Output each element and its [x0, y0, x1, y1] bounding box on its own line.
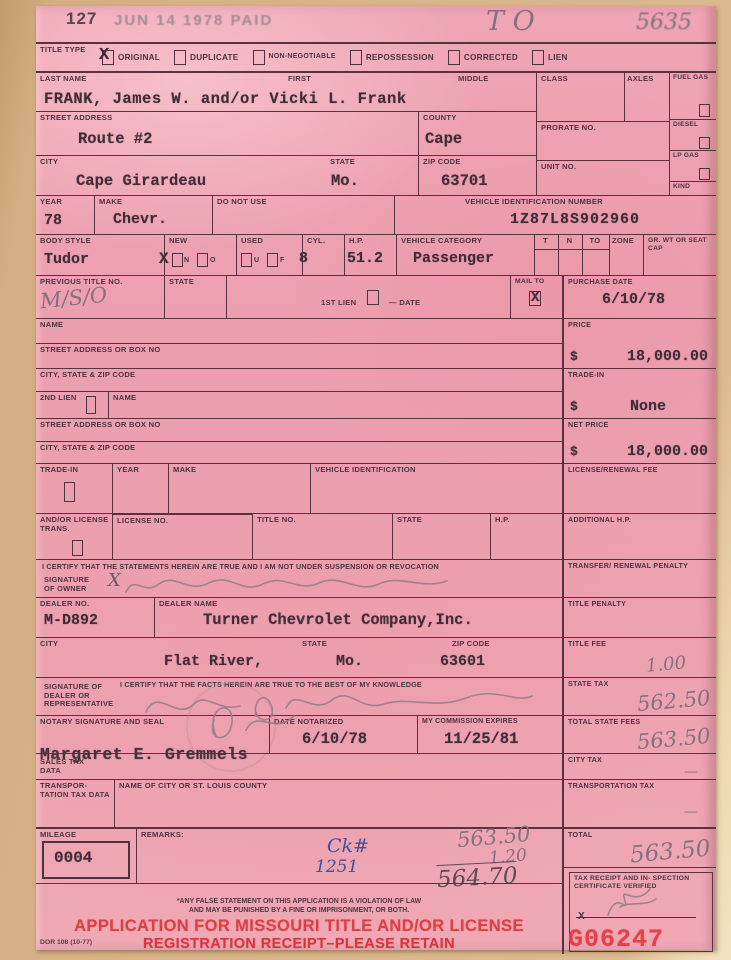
non-negotiable-checkbox	[253, 50, 265, 65]
lien1-street-row: STREET ADDRESS OR BOX NO	[36, 343, 562, 368]
dealer-zip-value: 63601	[440, 653, 485, 670]
name-row: LAST NAME FIRST MIDDLE FRANK, James W. a…	[36, 73, 536, 111]
warning-line2: AND MAY BE PUNISHED BY A FINE OR IMPRISO…	[36, 907, 562, 916]
owner-certification-row: I CERTIFY THAT THE STATEMENTS HEREIN ARE…	[36, 559, 562, 597]
city-cell: CITY STATE Cape Girardeau Mo.	[36, 156, 418, 195]
year-label: YEAR	[36, 196, 94, 207]
dealer-name-label: DEALER NAME	[155, 598, 562, 609]
stamp-number: 127	[66, 9, 97, 29]
t-label: T	[535, 235, 558, 246]
lien2-street-label: STREET ADDRESS OR BOX NO	[36, 419, 562, 430]
vin-cell: VEHICLE IDENTIFICATION NUMBER 1Z87L8S902…	[394, 196, 716, 234]
used-label: USED	[237, 235, 302, 246]
first-lien-checkbox	[367, 290, 379, 305]
county-cell: COUNTY Cape	[418, 112, 536, 155]
vehicle-row: YEAR 78 MAKE Chevr. DO NOT USE VEHICLE I…	[36, 195, 716, 234]
warning-line1: *ANY FALSE STATEMENT ON THIS APPLICATION…	[36, 898, 562, 907]
lien1-city-row: CITY, STATE & ZIP CODE	[36, 368, 562, 391]
zip-value: 63701	[441, 172, 488, 190]
new-cell: NEW X N O	[164, 235, 236, 275]
dealer-name-cell: DEALER NAME Turner Chevrolet Company,Inc…	[154, 598, 562, 637]
paid-date-stamp: JUN 14 1978 PAID	[114, 12, 273, 29]
trade-in-vehicle-row: TRADE-IN YEAR MAKE VEHICLE IDENTIFICATIO…	[36, 463, 562, 513]
kind-cell: KIND	[670, 182, 716, 195]
fuel-gas-checkbox	[699, 104, 710, 117]
new-check-mark: X	[159, 250, 169, 268]
dealer-state-label: STATE	[298, 638, 329, 649]
lower-left-column: PREVIOUS TITLE NO. M/S/O STATE 1ST LIEN …	[36, 276, 562, 954]
trade-in-value: None	[630, 398, 666, 415]
previous-title-row: PREVIOUS TITLE NO. M/S/O STATE 1ST LIEN …	[36, 276, 562, 318]
diesel-cell: DIESEL	[670, 120, 716, 151]
county-value: Cape	[425, 130, 462, 148]
license-trans-label: AND/OR LICENSE TRANS.	[36, 514, 112, 534]
remarks-cell: REMARKS: Ck# 1251 563.50 1.20 564.70	[136, 829, 562, 883]
hp-cell: H.P. 51.2	[344, 235, 396, 275]
gr-wt-cell: GR. WT OR SEAT CAP	[643, 235, 716, 275]
owner-signature	[121, 572, 451, 598]
verified-initials-scribble	[600, 881, 670, 921]
title-fee-label: TITLE FEE	[564, 638, 716, 648]
transfer-penalty-cell: TRANSFER/ RENEWAL PENALTY	[564, 559, 716, 597]
city-tax-value: —	[684, 764, 698, 780]
license-fee-cell: LICENSE/RENEWAL FEE	[564, 463, 716, 513]
license-trans-checkbox	[72, 540, 83, 556]
corrected-checkbox	[448, 50, 460, 65]
owner-block: LAST NAME FIRST MIDDLE FRANK, James W. a…	[36, 71, 716, 195]
dealer-no-cell: DEALER NO. M-D892	[36, 598, 154, 637]
lp-gas-checkbox	[699, 168, 710, 180]
used-letter-u: U	[254, 257, 259, 265]
duplicate-label: DUPLICATE	[186, 53, 239, 63]
street-label: STREET ADDRESS	[36, 112, 418, 123]
class-cell: CLASS	[537, 73, 624, 121]
category-label: VEHICLE CATEGORY	[397, 235, 534, 246]
year-cell: YEAR 78	[36, 196, 94, 234]
new-letter-o: O	[210, 257, 216, 265]
new-checkbox-1	[172, 253, 183, 267]
used-cell: USED U F	[236, 235, 302, 275]
owner-signature-label: SIGNATURE OF OWNER	[40, 574, 102, 593]
mileage-cell: MILEAGE 0004	[36, 829, 136, 883]
city-label: CITY	[36, 156, 418, 167]
lien1-name-row: NAME	[36, 318, 562, 343]
street-value: Route #2	[78, 130, 152, 148]
notary-name-stamp: Margaret E. Gremmels	[40, 745, 248, 764]
purchase-date-value: 6/10/78	[602, 291, 665, 308]
purchase-date-cell: PURCHASE DATE 6/10/78	[564, 276, 716, 318]
last-name-label: LAST NAME	[36, 73, 89, 84]
total-state-fees-cell: TOTAL STATE FEES 563.50	[564, 715, 716, 753]
axles-cell: AXLES	[624, 73, 669, 121]
city-value: Cape Girardeau	[76, 172, 206, 190]
diesel-label: DIESEL	[670, 120, 716, 129]
vin-value: 1Z87L8S902960	[510, 211, 640, 228]
lien-checkbox	[532, 50, 544, 65]
license-trans-head-cell: AND/OR LICENSE TRANS.	[36, 514, 112, 559]
lien2-label: 2ND LIEN	[36, 392, 108, 403]
previous-title-cell: PREVIOUS TITLE NO. M/S/O	[36, 276, 164, 318]
used-checkbox-2	[267, 253, 278, 267]
option-repossession: REPOSSESSION	[350, 50, 434, 65]
new-letter-n: N	[184, 257, 189, 265]
zone-label: ZONE	[610, 235, 643, 246]
title-fee-cell: TITLE FEE 1.00	[564, 637, 716, 677]
stamp-strip: 127 JUN 14 1978 PAID T O 5635	[36, 6, 716, 42]
license-fee-label: LICENSE/RENEWAL FEE	[564, 464, 716, 474]
used-letter-f: F	[280, 257, 285, 265]
title-type-options: X ORIGINAL DUPLICATE NON-NEGOTIABLE REPO…	[88, 44, 716, 71]
make-label: MAKE	[95, 196, 212, 207]
title-penalty-label: TITLE PENALTY	[564, 598, 716, 608]
cyl-value: 8	[299, 250, 308, 267]
hp-value: 51.2	[347, 250, 383, 267]
t-cell: T	[534, 235, 558, 275]
dealer-no-label: DEALER NO.	[36, 598, 154, 609]
lt-hp-cell: H.P.	[490, 514, 562, 559]
prev-state-label: STATE	[165, 276, 226, 287]
lien2-city-row: CITY, STATE & ZIP CODE	[36, 441, 562, 463]
transportation-tax-label: TRANSPORTATION TAX	[564, 780, 716, 790]
option-original: X ORIGINAL	[102, 50, 160, 65]
state-tax-value: 562.50	[636, 686, 711, 716]
corrected-label: CORRECTED	[460, 53, 518, 63]
prorate-cell: PRORATE NO.	[537, 122, 669, 161]
kind-label: KIND	[670, 182, 716, 191]
street-cell: STREET ADDRESS Route #2	[36, 112, 418, 155]
n-cell: N	[558, 235, 582, 275]
option-lien: LIEN	[532, 50, 568, 65]
vin-label: VEHICLE IDENTIFICATION NUMBER	[395, 196, 716, 207]
unit-cell: UNIT NO.	[537, 161, 669, 195]
serial-number: G06247	[568, 925, 664, 954]
first-name-label: FIRST	[284, 73, 313, 84]
transportation-city-label: NAME OF CITY OR ST. LOUIS COUNTY	[115, 780, 562, 791]
cyl-label: CYL.	[303, 235, 344, 246]
dealer-signature-label: SIGNATURE OF DEALER OR REPRESENTATIVE	[40, 681, 136, 709]
additional-hp-cell: ADDITIONAL H.P.	[564, 513, 716, 559]
tax-receipt-cell: TAX RECEIPT AND IN- SPECTION CERTIFICATE…	[564, 867, 716, 954]
lien2-checkbox	[86, 396, 96, 414]
prev-state-cell: STATE	[164, 276, 226, 318]
lien-label: LIEN	[544, 53, 568, 63]
title-fee-value: 1.00	[645, 652, 687, 676]
lp-gas-cell: LP GAS	[670, 151, 716, 182]
original-label: ORIGINAL	[114, 53, 160, 63]
transportation-city-cell: NAME OF CITY OR ST. LOUIS COUNTY	[114, 780, 562, 827]
first-lien-label: 1ST LIEN	[317, 297, 358, 308]
dealer-city-value: Flat River,	[164, 653, 263, 670]
dealer-city-cell: CITY STATE Flat River, Mo. ZIP CODE 6360…	[36, 638, 562, 677]
title-no-cell: TITLE NO.	[252, 514, 392, 559]
trade-in-label: TRADE-IN	[36, 464, 112, 475]
total-cell: TOTAL 563.50	[564, 827, 716, 867]
mileage-value: 0004	[54, 849, 92, 867]
trade-in-fee-cell: TRADE-IN $ None	[564, 368, 716, 418]
price-currency: $	[570, 349, 578, 364]
dealer-state-value: Mo.	[336, 653, 363, 670]
remarks-check-label: Ck#	[327, 835, 369, 857]
title-penalty-cell: TITLE PENALTY	[564, 597, 716, 637]
option-corrected: CORRECTED	[448, 50, 518, 65]
trade-in-checkbox	[64, 482, 75, 502]
fuel-column: FUEL GAS DIESEL LP GAS KIND	[669, 73, 716, 195]
mail-to-mark: X	[531, 290, 539, 306]
trade-in-head-cell: TRADE-IN	[36, 464, 112, 513]
non-negotiable-label: NON-NEGOTIABLE	[265, 53, 336, 61]
diesel-checkbox	[699, 137, 710, 149]
city-tax-label: CITY TAX	[564, 754, 716, 764]
lien2-row: 2ND LIEN NAME	[36, 391, 562, 418]
mileage-label: MILEAGE	[36, 829, 136, 840]
trade-vid-cell: VEHICLE IDENTIFICATION	[310, 464, 562, 513]
make-value: Chevr.	[113, 211, 167, 228]
total-value: 563.50	[629, 836, 711, 869]
additional-hp-label: ADDITIONAL H.P.	[564, 514, 716, 524]
owner-left: LAST NAME FIRST MIDDLE FRANK, James W. a…	[36, 73, 536, 195]
trade-make-cell: MAKE	[168, 464, 310, 513]
do-not-use-cell: DO NOT USE	[212, 196, 394, 234]
transportation-tax-value: —	[684, 804, 698, 820]
original-check-mark: X	[99, 46, 109, 65]
year-value: 78	[44, 212, 62, 229]
state-tax-cell: STATE TAX 562.50	[564, 677, 716, 715]
category-value: Passenger	[413, 250, 494, 267]
first-lien-cell: 1ST LIEN — DATE	[226, 276, 510, 318]
net-price-value: 18,000.00	[627, 443, 708, 460]
pencil-note-to: T O	[486, 6, 535, 37]
unit-label: UNIT NO.	[537, 161, 669, 172]
new-label: NEW	[165, 235, 236, 246]
fuel-gas-cell: FUEL GAS	[670, 73, 716, 120]
lien2-street-row: STREET ADDRESS OR BOX NO	[36, 418, 562, 441]
do-not-use-label: DO NOT USE	[213, 196, 394, 207]
option-non-negotiable: NON-NEGOTIABLE	[253, 50, 336, 65]
transportation-label: TRANSPOR- TATION TAX DATA	[36, 780, 114, 800]
date-notarized-value: 6/10/78	[302, 730, 367, 748]
state-value: Mo.	[331, 172, 359, 190]
to-cell: TO	[582, 235, 609, 275]
footer: *ANY FALSE STATEMENT ON THIS APPLICATION…	[36, 883, 562, 954]
transportation-row: TRANSPOR- TATION TAX DATA NAME OF CITY O…	[36, 779, 562, 827]
fee-column: PURCHASE DATE 6/10/78 PRICE $ 18,000.00 …	[562, 276, 716, 954]
trade-year-label: YEAR	[113, 464, 168, 475]
n-label: N	[559, 235, 582, 246]
body-style-row: BODY STYLE Tudor NEW X N O USED U F CYL.…	[36, 234, 716, 275]
duplicate-checkbox	[174, 50, 186, 65]
commission-expires-value: 11/25/81	[444, 730, 518, 748]
title-no-label: TITLE NO.	[253, 514, 392, 525]
n-divider	[559, 249, 582, 250]
zip-label: ZIP CODE	[419, 156, 536, 167]
price-cell: PRICE $ 18,000.00	[564, 318, 716, 368]
body-style-value: Tudor	[44, 251, 89, 268]
new-checkbox-2	[197, 253, 208, 267]
trade-make-label: MAKE	[169, 464, 310, 475]
transportation-tax-cell: TRANSPORTATION TAX —	[564, 779, 716, 827]
title-type-row: TITLE TYPE X ORIGINAL DUPLICATE NON-NEGO…	[36, 42, 716, 71]
pencil-note-number: 5635	[636, 10, 692, 35]
dealer-no-value: M-D892	[44, 612, 98, 629]
transfer-penalty-label: TRANSFER/ RENEWAL PENALTY	[564, 560, 716, 570]
license-no-cell: LICENSE NO.	[112, 514, 252, 559]
used-checkbox-1	[241, 253, 252, 267]
trade-in-fee-label: TRADE-IN	[564, 369, 716, 379]
zip-cell: ZIP CODE 63701	[418, 156, 536, 195]
trade-year-cell: YEAR	[112, 464, 168, 513]
lien2-name-cell: NAME	[108, 392, 562, 418]
notary-signature	[186, 696, 306, 752]
sales-tax-row: SALES TAX DATA Margaret E. Gremmels	[36, 753, 562, 779]
class-axles-cell: CLASS AXLES	[537, 73, 669, 122]
dealer-city-row: CITY STATE Flat River, Mo. ZIP CODE 6360…	[36, 637, 562, 677]
fuel-gas-label: FUEL GAS	[670, 73, 716, 82]
category-cell: VEHICLE CATEGORY Passenger	[396, 235, 534, 275]
county-label: COUNTY	[419, 112, 536, 123]
hp-label: H.P.	[345, 235, 396, 246]
dealer-name-value: Turner Chevrolet Company,Inc.	[203, 611, 473, 629]
cyl-cell: CYL. 8	[302, 235, 344, 275]
city-row: CITY STATE Cape Girardeau Mo. ZIP CODE 6…	[36, 155, 536, 195]
t-divider	[535, 249, 558, 250]
title-type-header: TITLE TYPE	[36, 44, 88, 71]
missouri-title-application-form: 127 JUN 14 1978 PAID T O 5635 TITLE TYPE…	[36, 6, 716, 950]
lt-state-label: STATE	[393, 514, 490, 525]
body-style-cell: BODY STYLE Tudor	[36, 235, 164, 275]
mail-to-cell: MAIL TO X	[510, 276, 562, 318]
license-no-label: LICENSE NO.	[113, 515, 252, 526]
form-number: DOR 108 (10-77)	[40, 939, 92, 946]
lt-state-cell: STATE	[392, 514, 490, 559]
application-title: APPLICATION FOR MISSOURI TITLE AND/OR LI…	[36, 917, 562, 936]
zone-cell: ZONE	[609, 235, 643, 275]
class-prorate-unit-column: CLASS AXLES PRORATE NO. UNIT NO.	[536, 73, 669, 195]
lien1-name-label: NAME	[36, 319, 562, 330]
make-cell: MAKE Chevr.	[94, 196, 212, 234]
lower-section: PREVIOUS TITLE NO. M/S/O STATE 1ST LIEN …	[36, 275, 716, 954]
lp-gas-label: LP GAS	[670, 151, 716, 160]
lien2-name-label: NAME	[109, 392, 562, 403]
dealer-zip-label: ZIP CODE	[448, 638, 492, 649]
to-divider	[583, 249, 609, 250]
prorate-label: PRORATE NO.	[537, 122, 669, 133]
axles-label: AXLES	[625, 73, 669, 84]
body-style-label: BODY STYLE	[36, 235, 164, 246]
lt-hp-label: H.P.	[491, 514, 562, 525]
option-duplicate: DUPLICATE	[174, 50, 239, 65]
lien1-city-label: CITY, STATE & ZIP CODE	[36, 369, 562, 380]
repossession-checkbox	[350, 50, 362, 65]
state-label: STATE	[326, 156, 357, 167]
lien2-city-label: CITY, STATE & ZIP CODE	[36, 442, 562, 453]
mileage-row: MILEAGE 0004 REMARKS: Ck# 1251 563.50 1.…	[36, 827, 562, 883]
lien2-head-cell: 2ND LIEN	[36, 392, 108, 418]
first-lien-date-label: — DATE	[385, 297, 422, 308]
city-tax-cell: CITY TAX —	[564, 753, 716, 779]
price-value: 18,000.00	[627, 348, 708, 365]
registration-receipt-line: REGISTRATION RECEIPT–PLEASE RETAIN	[36, 936, 562, 952]
net-price-label: NET PRICE	[564, 419, 716, 429]
verified-x-mark: X	[574, 909, 587, 923]
scanned-document: 127 JUN 14 1978 PAID T O 5635 TITLE TYPE…	[0, 0, 731, 960]
owner-name-value: FRANK, James W. and/or Vicki L. Frank	[44, 90, 407, 108]
mileage-box: 0004	[42, 841, 130, 879]
middle-name-label: MIDDLE	[454, 73, 491, 84]
purchase-date-label: PURCHASE DATE	[564, 276, 716, 286]
remarks-check-number: 1251	[315, 857, 358, 877]
trade-vid-label: VEHICLE IDENTIFICATION	[311, 464, 562, 475]
previous-title-value: M/S/O	[39, 283, 108, 314]
to-label: TO	[583, 235, 609, 246]
net-price-cell: NET PRICE $ 18,000.00	[564, 418, 716, 463]
repossession-label: REPOSSESSION	[362, 53, 434, 63]
trade-in-currency: $	[570, 399, 578, 414]
street-row: STREET ADDRESS Route #2 COUNTY Cape	[36, 111, 536, 155]
license-trans-row: AND/OR LICENSE TRANS. LICENSE NO. TITLE …	[36, 513, 562, 559]
gr-wt-label: GR. WT OR SEAT CAP	[644, 235, 716, 253]
price-label: PRICE	[564, 319, 716, 329]
transportation-head-cell: TRANSPOR- TATION TAX DATA	[36, 780, 114, 827]
mail-to-label: MAIL TO	[511, 276, 562, 286]
owner-signature-x: X	[108, 570, 121, 591]
dealer-row: DEALER NO. M-D892 DEALER NAME Turner Che…	[36, 597, 562, 637]
net-price-currency: $	[570, 444, 578, 459]
lien1-street-label: STREET ADDRESS OR BOX NO	[36, 344, 562, 355]
class-label: CLASS	[537, 73, 624, 84]
total-state-fees-value: 563.50	[636, 724, 711, 754]
title-type-label: TITLE TYPE	[36, 44, 88, 55]
